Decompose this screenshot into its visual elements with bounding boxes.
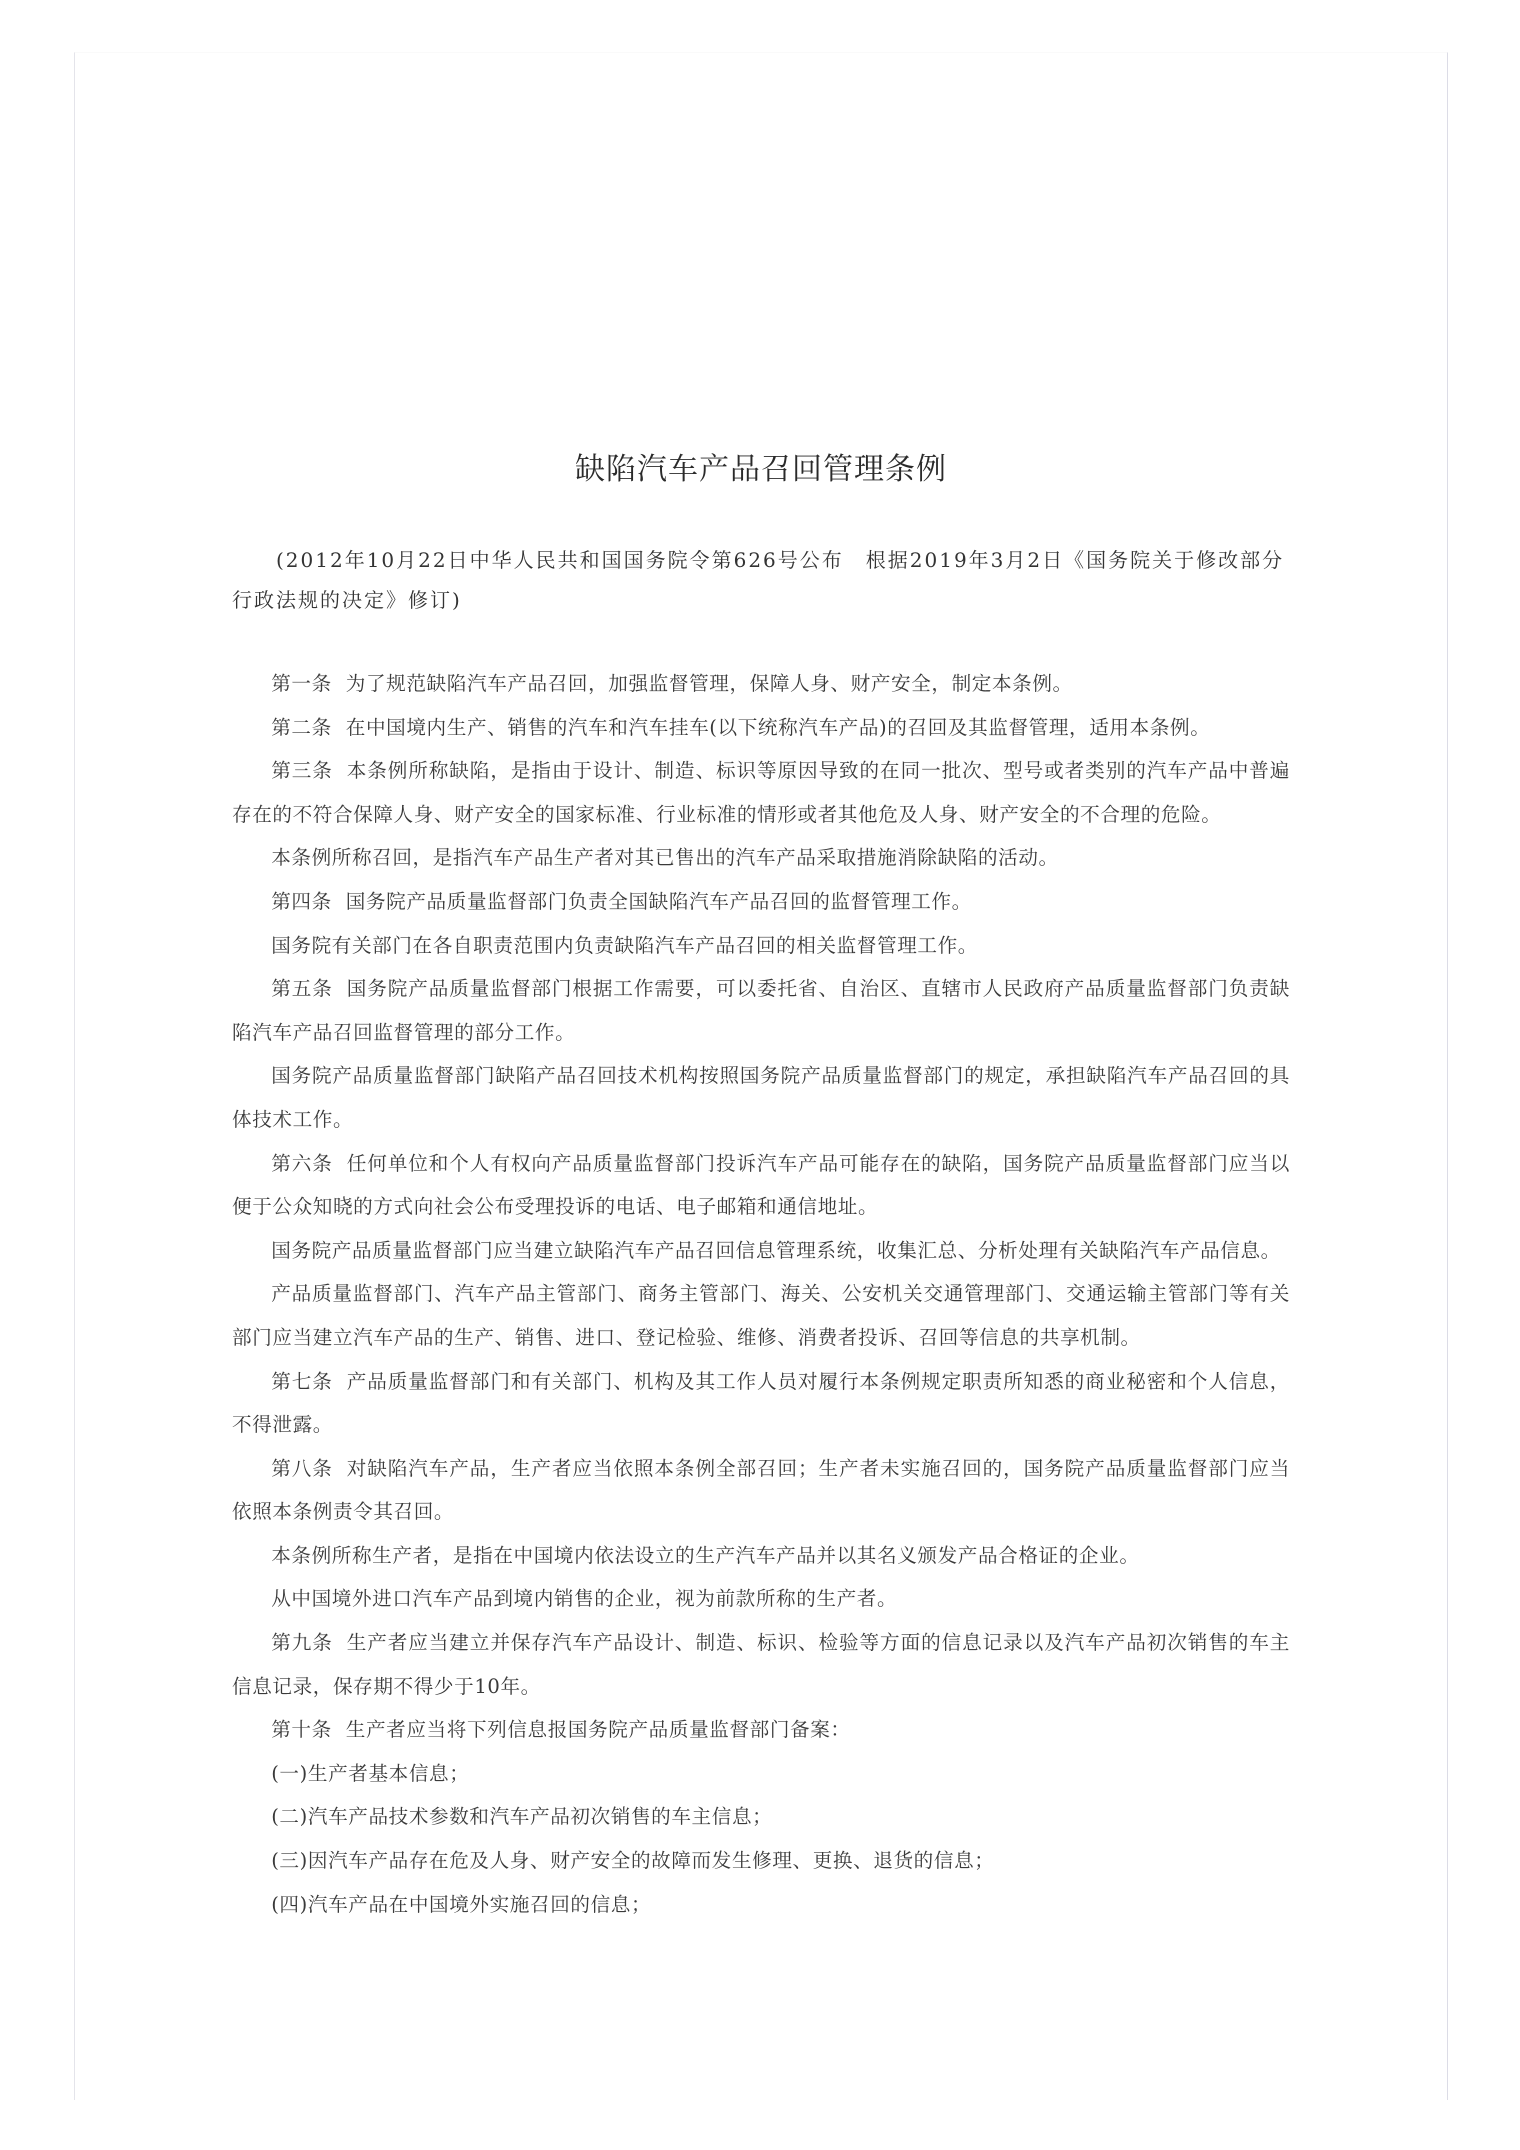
- paragraph-text: 为了规范缺陷汽车产品召回，加强监督管理，保障人身、财产安全，制定本条例。: [346, 672, 1073, 695]
- paragraph-text: 国务院产品质量监督部门负责全国缺陷汽车产品召回的监督管理工作。: [346, 890, 972, 913]
- paragraph: 第六条任何单位和个人有权向产品质量监督部门投诉汽车产品可能存在的缺陷，国务院产品…: [232, 1142, 1290, 1229]
- paragraph-text: 国务院有关部门在各自职责范围内负责缺陷汽车产品召回的相关监督管理工作。: [271, 934, 978, 957]
- paragraph-text: 生产者应当建立并保存汽车产品设计、制造、标识、检验等方面的信息记录以及汽车产品初…: [232, 1631, 1290, 1698]
- document-subtitle: (2012年10月22日中华人民共和国国务院令第626号公布 根据2019年3月…: [232, 540, 1290, 620]
- article-label: 第一条: [271, 672, 332, 695]
- article-label: 第九条: [271, 1631, 333, 1654]
- paragraph-text: 本条例所称生产者，是指在中国境内依法设立的生产汽车产品并以其名义颁发产品合格证的…: [271, 1544, 1139, 1567]
- paragraph-text: 国务院产品质量监督部门根据工作需要，可以委托省、自治区、直辖市人民政府产品质量监…: [232, 977, 1290, 1044]
- paragraph-text: 产品质量监督部门、汽车产品主管部门、商务主管部门、海关、公安机关交通管理部门、交…: [232, 1282, 1290, 1349]
- article-label: 第四条: [271, 890, 332, 913]
- list-item: (四)汽车产品在中国境外实施召回的信息；: [232, 1883, 1290, 1927]
- paragraph: 第三条本条例所称缺陷，是指由于设计、制造、标识等原因导致的在同一批次、型号或者类…: [232, 749, 1290, 836]
- paragraph: 第四条国务院产品质量监督部门负责全国缺陷汽车产品召回的监督管理工作。: [232, 880, 1290, 924]
- paragraph-text: 本条例所称缺陷，是指由于设计、制造、标识等原因导致的在同一批次、型号或者类别的汽…: [232, 759, 1290, 826]
- paragraph-text: 在中国境内生产、销售的汽车和汽车挂车(以下统称汽车产品)的召回及其监督管理，适用…: [346, 716, 1211, 739]
- paragraph-text: 国务院产品质量监督部门缺陷产品召回技术机构按照国务院产品质量监督部门的规定，承担…: [232, 1064, 1290, 1131]
- paragraph: 本条例所称生产者，是指在中国境内依法设立的生产汽车产品并以其名义颁发产品合格证的…: [232, 1534, 1290, 1578]
- document-content: 缺陷汽车产品召回管理条例 (2012年10月22日中华人民共和国国务院令第626…: [232, 448, 1290, 1926]
- paragraph: 第二条在中国境内生产、销售的汽车和汽车挂车(以下统称汽车产品)的召回及其监督管理…: [232, 706, 1290, 750]
- paragraph: 第一条为了规范缺陷汽车产品召回，加强监督管理，保障人身、财产安全，制定本条例。: [232, 662, 1290, 706]
- article-label: 第六条: [271, 1152, 333, 1175]
- paragraph: 第八条对缺陷汽车产品，生产者应当依照本条例全部召回；生产者未实施召回的，国务院产…: [232, 1447, 1290, 1534]
- paragraph: 国务院产品质量监督部门应当建立缺陷汽车产品召回信息管理系统，收集汇总、分析处理有…: [232, 1229, 1290, 1273]
- article-label: 第七条: [271, 1370, 333, 1393]
- paragraph: 第七条产品质量监督部门和有关部门、机构及其工作人员对履行本条例规定职责所知悉的商…: [232, 1360, 1290, 1447]
- list-item: (三)因汽车产品存在危及人身、财产安全的故障而发生修理、更换、退货的信息；: [232, 1839, 1290, 1883]
- filing-items-list: (一)生产者基本信息； (二)汽车产品技术参数和汽车产品初次销售的车主信息； (…: [232, 1752, 1290, 1926]
- paragraph-text: 国务院产品质量监督部门应当建立缺陷汽车产品召回信息管理系统，收集汇总、分析处理有…: [271, 1239, 1281, 1262]
- list-item: (二)汽车产品技术参数和汽车产品初次销售的车主信息；: [232, 1795, 1290, 1839]
- article-label: 第三条: [271, 759, 333, 782]
- paragraph: 本条例所称召回，是指汽车产品生产者对其已售出的汽车产品采取措施消除缺陷的活动。: [232, 836, 1290, 880]
- paragraph-text: 生产者应当将下列信息报国务院产品质量监督部门备案：: [346, 1718, 851, 1741]
- paragraph-text: 本条例所称召回，是指汽车产品生产者对其已售出的汽车产品采取措施消除缺陷的活动。: [271, 846, 1059, 869]
- articles: 第一条为了规范缺陷汽车产品召回，加强监督管理，保障人身、财产安全，制定本条例。 …: [232, 662, 1290, 1752]
- article-label: 第十条: [271, 1718, 332, 1741]
- paragraph-text: 从中国境外进口汽车产品到境内销售的企业，视为前款所称的生产者。: [271, 1587, 897, 1610]
- paragraph: 国务院有关部门在各自职责范围内负责缺陷汽车产品召回的相关监督管理工作。: [232, 924, 1290, 968]
- article-label: 第八条: [271, 1457, 333, 1480]
- article-label: 第二条: [271, 716, 332, 739]
- paragraph: 产品质量监督部门、汽车产品主管部门、商务主管部门、海关、公安机关交通管理部门、交…: [232, 1272, 1290, 1359]
- paragraph: 第五条国务院产品质量监督部门根据工作需要，可以委托省、自治区、直辖市人民政府产品…: [232, 967, 1290, 1054]
- paragraph: 国务院产品质量监督部门缺陷产品召回技术机构按照国务院产品质量监督部门的规定，承担…: [232, 1054, 1290, 1141]
- paragraph: 第十条生产者应当将下列信息报国务院产品质量监督部门备案：: [232, 1708, 1290, 1752]
- paragraph-text: 产品质量监督部门和有关部门、机构及其工作人员对履行本条例规定职责所知悉的商业秘密…: [232, 1370, 1290, 1437]
- paragraph: 第九条生产者应当建立并保存汽车产品设计、制造、标识、检验等方面的信息记录以及汽车…: [232, 1621, 1290, 1708]
- list-item: (一)生产者基本信息；: [232, 1752, 1290, 1796]
- paragraph-text: 任何单位和个人有权向产品质量监督部门投诉汽车产品可能存在的缺陷，国务院产品质量监…: [232, 1152, 1290, 1219]
- paragraph: 从中国境外进口汽车产品到境内销售的企业，视为前款所称的生产者。: [232, 1577, 1290, 1621]
- document-title: 缺陷汽车产品召回管理条例: [232, 448, 1290, 492]
- article-label: 第五条: [271, 977, 333, 1000]
- paragraph-text: 对缺陷汽车产品，生产者应当依照本条例全部召回；生产者未实施召回的，国务院产品质量…: [232, 1457, 1290, 1524]
